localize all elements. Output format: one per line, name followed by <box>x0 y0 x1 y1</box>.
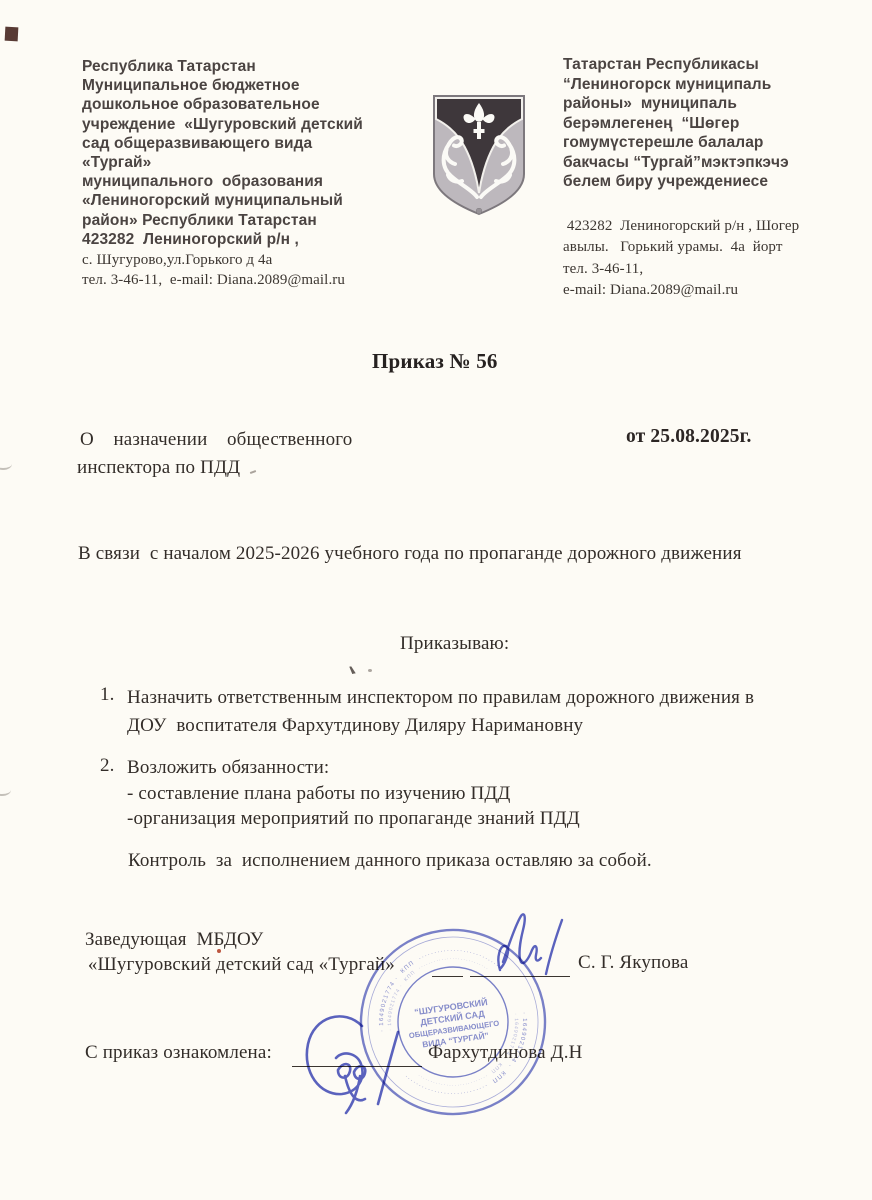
ack-signature <box>298 1006 416 1118</box>
letterhead-left-bold-text: Республика Татарстан Муниципальное бюдже… <box>82 57 412 249</box>
letterhead-left-russian: Республика Татарстан Муниципальное бюдже… <box>82 57 412 290</box>
stamp-icon: · 1649021774 · КПП ·····················… <box>340 909 566 1135</box>
order-date: от 25.08.2025г. <box>626 426 751 448</box>
list-item-2-number: 2. <box>100 755 115 777</box>
svg-text:· 1649021774 · КПП ·········: · 1649021774 · КПП ·····················… <box>378 950 496 1031</box>
ack-name: Фархутдинова Д.Н <box>428 1042 583 1064</box>
order-subject-line2: инспектора по ПДД <box>77 457 240 479</box>
scan-artifact-mark-2 <box>368 669 372 672</box>
head-role-line1: Заведующая МБДОУ <box>85 929 263 951</box>
letterhead-left-address: с. Шугурово,ул.Горького д 4а тел. 3-46-1… <box>82 250 412 290</box>
stamp-center-line3: ОБЩЕРАЗВИВАЮЩЕГО <box>408 1019 500 1041</box>
scanned-document-page: Республика Татарстан Муниципальное бюдже… <box>0 0 872 1200</box>
scan-artifact-corner <box>5 27 19 42</box>
ack-label: С приказ ознакомлена: <box>85 1042 272 1064</box>
coat-of-arms <box>428 92 530 218</box>
list-item-1-number: 1. <box>100 684 115 706</box>
control-line: Контроль за исполнением данного приказа … <box>128 850 652 872</box>
scan-artifact-curve-2 <box>0 784 11 796</box>
letterhead-right-tatar: Татарстан Республикасы “Лениногорск муни… <box>563 55 828 302</box>
order-title: Приказ № 56 <box>372 349 498 374</box>
decree-word: Приказываю: <box>400 633 509 655</box>
signature-line-ack <box>292 1066 422 1067</box>
official-stamp: · 1649021774 · КПП ·····················… <box>340 909 566 1135</box>
ack-signature-icon <box>298 1006 416 1118</box>
order-subject-line1: О назначении общественного <box>80 429 352 451</box>
list-item-2-text: Возложить обязанности: - составление пла… <box>127 755 807 832</box>
head-name: С. Г. Якупова <box>578 952 688 974</box>
signature-line-head-b <box>470 976 570 977</box>
stamp-center-line2: ДЕТСКИЙ САД <box>419 1008 485 1028</box>
scan-artifact-curve-1 <box>0 458 12 470</box>
letterhead-right-address: 423282 Лениногорский р/н , Шогер авылы. … <box>563 216 828 302</box>
signature-line-head-a <box>432 976 463 977</box>
scan-artifact-mark-3 <box>250 470 256 474</box>
letterhead-right-bold-text: Татарстан Республикасы “Лениногорск муни… <box>563 55 828 192</box>
order-intro: В связи с началом 2025-2026 учебного год… <box>78 543 818 565</box>
stamp-ring2-text-top: · 1649021774 · КПП ·····················… <box>378 950 496 1031</box>
stamp-center-line1: “ШУГУРОВСКИЙ <box>414 996 489 1017</box>
scan-artifact-mark-1 <box>349 666 356 675</box>
head-role-line2: «Шугуровский детский сад «Тургай» <box>83 954 395 976</box>
coat-of-arms-icon <box>428 92 530 218</box>
list-item-1-text: Назначить ответственным инспектором по п… <box>127 684 807 739</box>
